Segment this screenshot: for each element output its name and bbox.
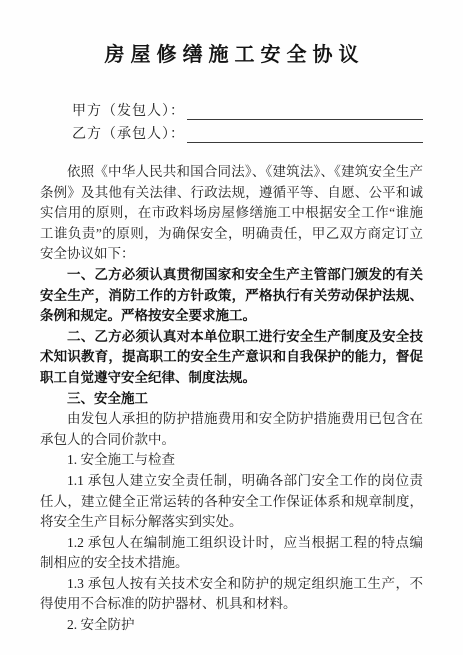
document-page: 房屋修缮施工安全协议 甲方（发包人）： 乙方（承包人）： 依照《中华人民共和国合… [0, 0, 463, 655]
party-b-label: 乙方（承包人）： [72, 123, 185, 143]
item-1-1-paragraph: 1.1 承包人建立安全责任制，明确各部门安全工作的岗位责任人，建立健全正常运转的… [40, 471, 423, 533]
clause-3-intro-paragraph: 由发包人承担的防护措施费用和安全防护措施费用已包含在承包人的合同价款中。 [40, 409, 423, 450]
intro-paragraph: 依照《中华人民共和国合同法》、《建筑法》、《建筑安全生产条例》及其他有关法律、行… [40, 162, 423, 265]
party-row-a: 甲方（发包人）： [72, 97, 423, 120]
clause-2-paragraph: 二、乙方必须认真对本单位职工进行安全生产制度及安全技术知识教育，提高职工的安全生… [40, 327, 423, 389]
item-1-3-paragraph: 1.3 承包人按有关技术安全和防护的规定组织施工生产，不得使用不合标准的防护器材… [40, 574, 423, 615]
document-body: 依照《中华人民共和国合同法》、《建筑法》、《建筑安全生产条例》及其他有关法律、行… [40, 162, 423, 636]
party-a-blank-line [187, 102, 423, 120]
clause-1-paragraph: 一、乙方必须认真贯彻国家和安全生产主管部门颁发的有关安全生产，消防工作的方针政策… [40, 265, 423, 327]
party-b-blank-line [187, 125, 423, 143]
item-1-heading: 1. 安全施工与检查 [40, 450, 423, 471]
parties-block: 甲方（发包人）： 乙方（承包人）： [40, 97, 423, 143]
item-2-heading: 2. 安全防护 [40, 615, 423, 636]
party-a-label: 甲方（发包人）： [72, 100, 185, 120]
clause-3-heading: 三、安全施工 [40, 389, 423, 410]
party-row-b: 乙方（承包人）： [72, 120, 423, 143]
document-title: 房屋修缮施工安全协议 [40, 38, 423, 67]
item-1-2-paragraph: 1.2 承包人在编制施工组织设计时，应当根据工程的特点编制相应的安全技术措施。 [40, 533, 423, 574]
